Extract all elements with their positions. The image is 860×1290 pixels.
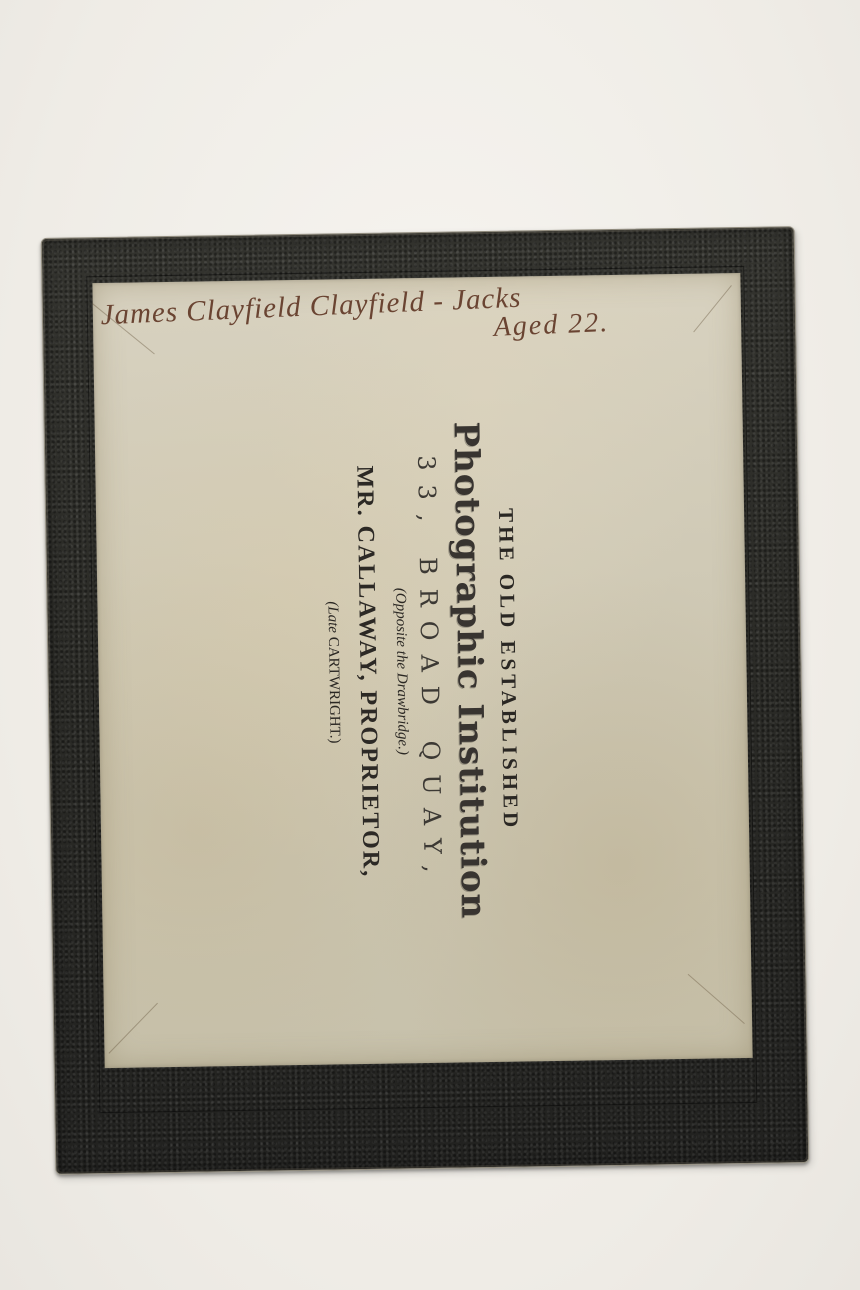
paper-label: James Clayfield Clayfield - Jacks Aged 2… (92, 273, 752, 1068)
handwritten-inscription: James Clayfield Clayfield - Jacks Aged 2… (100, 273, 732, 360)
crease-bottom-right (688, 974, 745, 1024)
crease-bottom-left (108, 1003, 157, 1054)
label-predecessor-prefix: (Late (324, 601, 340, 633)
label-proprietor: MR. CALLAWAY, PROPRIETOR, (349, 391, 385, 951)
printed-studio-text: THE OLD ESTABLISHED Photographic Institu… (320, 389, 525, 952)
photo-case: James Clayfield Clayfield - Jacks Aged 2… (41, 226, 810, 1175)
label-predecessor: (Late CARTWRIGHT.) (320, 392, 346, 952)
label-institution: Photographic Institution (445, 390, 494, 951)
label-heading: THE OLD ESTABLISHED (491, 389, 525, 949)
label-predecessor-name: CARTWRIGHT.) (325, 636, 343, 743)
label-landmark: (Opposite the Drawbridge.) (388, 391, 414, 951)
label-address: 33, BROAD QUAY, (411, 390, 448, 950)
